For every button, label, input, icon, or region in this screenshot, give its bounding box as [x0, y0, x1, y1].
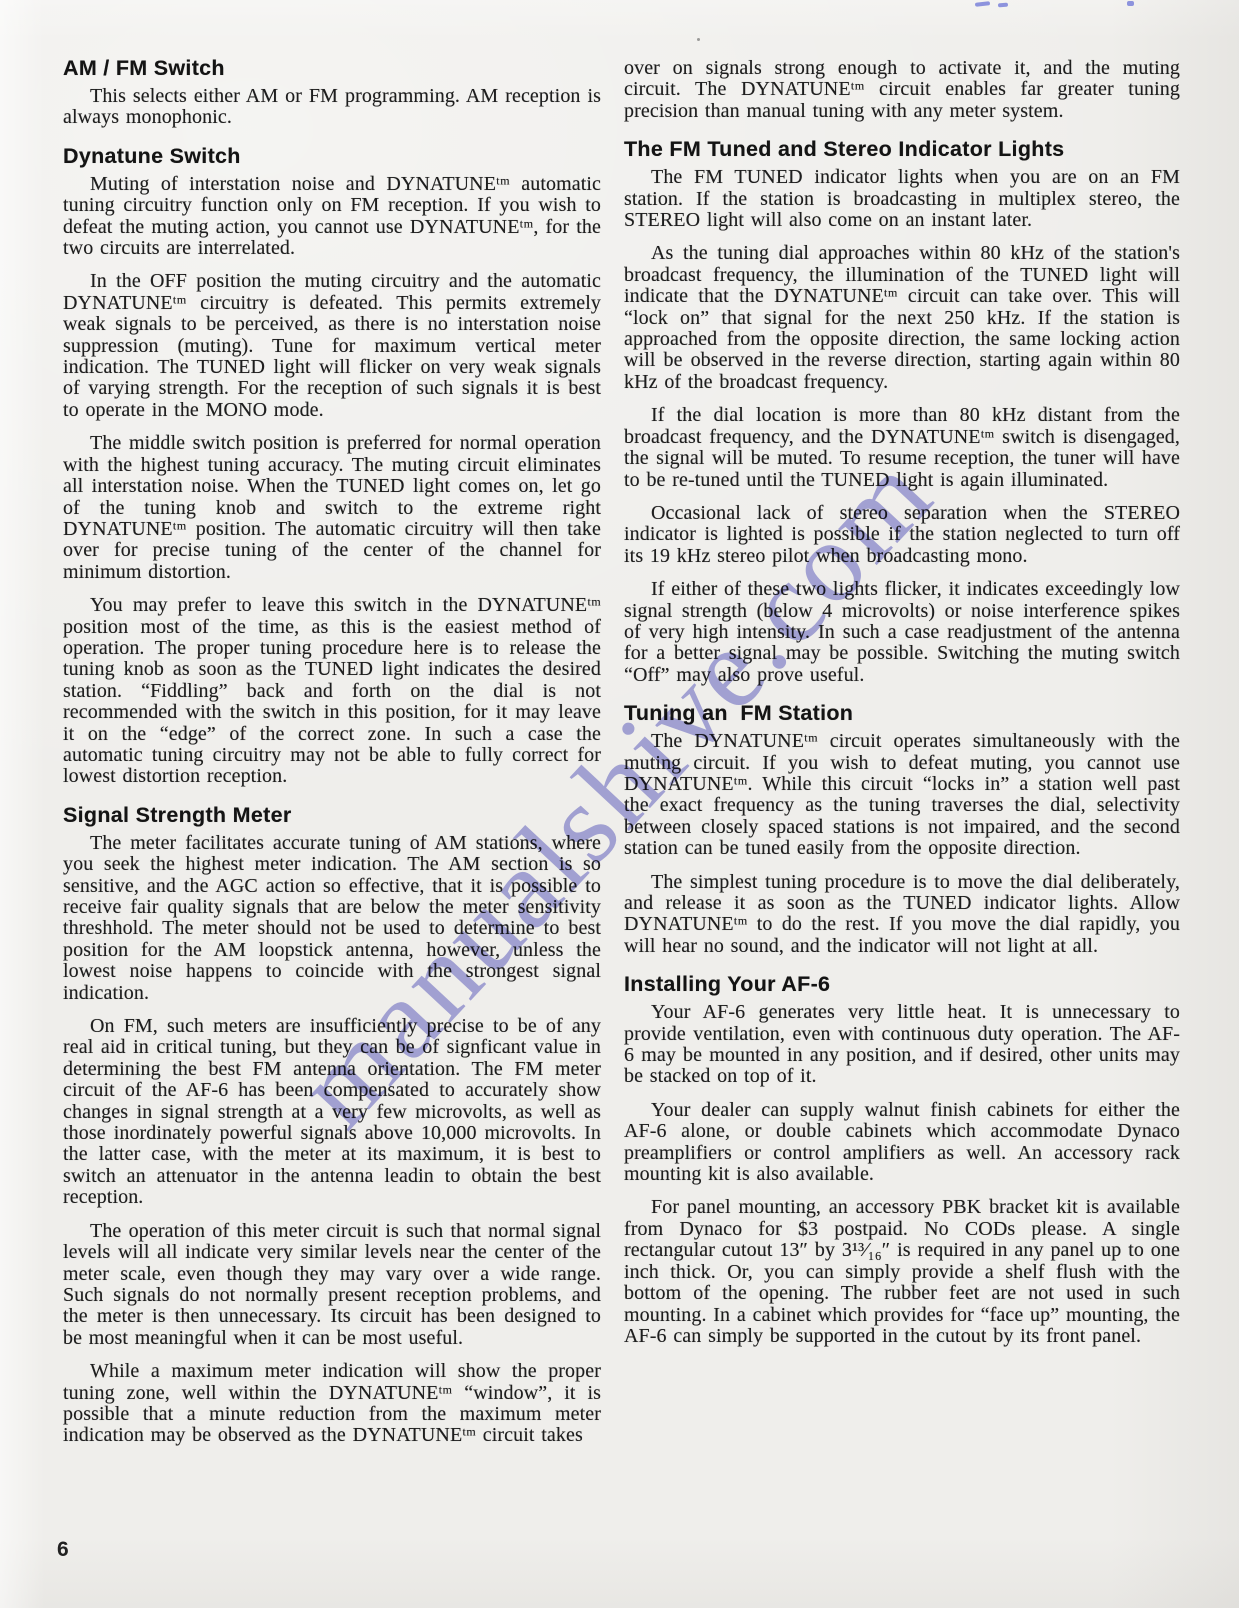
- paragraph: The middle switch position is preferred …: [63, 421, 601, 583]
- section-heading-signal-strength-meter: Signal Strength Meter: [63, 788, 601, 829]
- scan-artifact: [975, 1, 990, 7]
- paragraph: Occasional lack of stereo separation whe…: [624, 491, 1180, 567]
- left-column: AM / FM Switch This selects either AM or…: [63, 54, 601, 1447]
- paragraph: The simplest tuning procedure is to move…: [624, 860, 1180, 958]
- paragraph: As the tuning dial approaches within 80 …: [624, 231, 1180, 393]
- scan-artifact: [998, 3, 1008, 8]
- paragraph: The operation of this meter circuit is s…: [63, 1209, 601, 1349]
- paragraph: If either of these two lights flicker, i…: [624, 567, 1180, 686]
- section-heading-installing-af6: Installing Your AF-6: [624, 957, 1180, 998]
- right-column: over on signals strong enough to activat…: [624, 54, 1180, 1447]
- page-body: AM / FM Switch This selects either AM or…: [63, 54, 1180, 1447]
- paragraph: If the dial location is more than 80 kHz…: [624, 393, 1180, 491]
- paragraph: The meter facilitates accurate tuning of…: [63, 829, 601, 1004]
- paragraph: This selects either AM or FM programming…: [63, 82, 601, 129]
- paragraph: On FM, such meters are insufficiently pr…: [63, 1004, 601, 1209]
- paragraph: You may prefer to leave this switch in t…: [63, 583, 601, 788]
- scanned-manual-page: { "page": { "number": "6", "watermark": …: [0, 0, 1239, 1608]
- paragraph: For panel mounting, an accessory PBK bra…: [624, 1185, 1180, 1347]
- paragraph: The DYNATUNEᵗᵐ circuit operates simultan…: [624, 727, 1180, 859]
- scan-artifact: [1127, 1, 1134, 6]
- paragraph: The FM TUNED indicator lights when you a…: [624, 163, 1180, 231]
- paragraph: Your AF-6 generates very little heat. It…: [624, 998, 1180, 1088]
- paragraph: While a maximum meter indication will sh…: [63, 1349, 601, 1447]
- section-heading-tuning-fm-station: Tuning an FM Station: [624, 686, 1180, 727]
- paragraph: Your dealer can supply walnut finish cab…: [624, 1088, 1180, 1186]
- paragraph-continuation: over on signals strong enough to activat…: [624, 54, 1180, 122]
- page-number: 6: [57, 1538, 69, 1562]
- paragraph: In the OFF position the muting circuitry…: [63, 259, 601, 421]
- section-heading-dynatune-switch: Dynatune Switch: [63, 129, 601, 170]
- section-heading-am-fm-switch: AM / FM Switch: [63, 54, 601, 82]
- section-heading-fm-tuned-stereo-lights: The FM Tuned and Stereo Indicator Lights: [624, 122, 1180, 163]
- scan-artifact: [697, 38, 700, 41]
- paragraph: Muting of interstation noise and DYNATUN…: [63, 170, 601, 260]
